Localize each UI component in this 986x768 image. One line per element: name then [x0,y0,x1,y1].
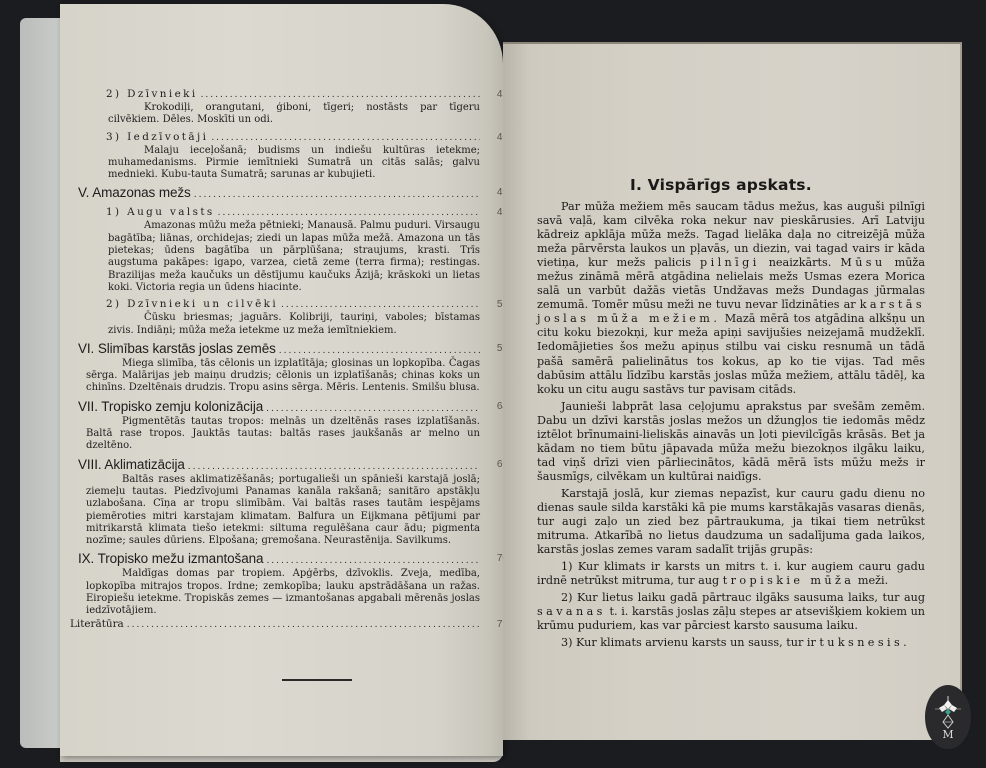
spaced-emphasis: savanas [537,605,606,618]
toc-entry: 77Literātūra............................… [70,618,480,632]
leader-dots: ........................................… [127,619,480,632]
toc-entry-title: V. Amazonas mežs [78,186,194,199]
toc-entry: 562) Dzīvnieki un cilvēki...............… [108,298,480,337]
toc-entry: 491) Augu valsts........................… [108,206,480,294]
toc-entry-description: Krokodiļi, orangutani, ģiboni, tīgeri; n… [108,102,480,127]
chapter-body: Par mūža mežiem mēs saucam tādus mežus, … [537,200,925,653]
toc-entry-description: Čūsku briesmas; jaguārs. Kolibriji, taur… [108,312,480,337]
leader-dots: ........................................… [266,403,480,416]
leader-dots: ........................................… [211,132,480,145]
paragraph-1: Par mūža mežiem mēs saucam tādus mežus, … [537,200,925,397]
spaced-emphasis: tuksnesis. [819,636,910,649]
toc-entry-title: VI. Slimības karstās joslas zemēs [78,342,279,355]
toc-entry-description: Maldīgas domas par tropiem. Apģērbs, dzī… [86,568,480,617]
toc-entry: 412) Dzīvnieki..........................… [108,88,480,127]
toc-entry-title: 2) Dzīvnieki [106,88,201,101]
ornament-logo-icon: M [933,694,963,740]
toc-entry: 66VIII. Aklimatizācija..................… [78,458,480,548]
watermark-logo: M [925,685,971,749]
leader-dots: ........................................… [218,207,480,220]
leader-dots: ........................................… [281,299,480,312]
toc-entry: 463) Iedzīvotāji........................… [108,131,480,182]
paragraph-2: Jaunieši labprāt lasa ceļojumu aprakstus… [537,400,925,484]
toc-entry-title: IX. Tropisko mežu izmantošana [78,552,266,565]
list-item-3: 3) Kur klimats arvienu karsts un sauss, … [537,636,925,650]
toc-entry-title: VII. Tropisko zemju kolonizācija [78,400,266,413]
toc-entry-description: Malaju ieceļošanā; budisms un indiešu ku… [108,145,480,182]
toc-entry-description: Amazonas mūžu meža pētnieki; Manausā. Pa… [108,220,480,294]
spaced-emphasis: tropiskie mūža [723,574,855,587]
toc-entry-description: Miega slimība, tās cēlonis un izplatītāj… [86,358,480,395]
list-item-2: 2) Kur lietus laiku gadā pārtrauc ilgāks… [537,591,925,633]
spaced-emphasis: Mūsu [840,256,885,269]
chapter-title: I. Vispārīgs apskats. [630,176,830,194]
toc-entry-description: Pigmentētās tautas tropos: melnās un dze… [86,416,480,453]
toc-entry: 59VI. Slimības karstās joslas zemēs.....… [78,342,480,395]
toc-entry-title: 1) Augu valsts [106,206,218,219]
table-of-contents: 412) Dzīvnieki..........................… [78,88,480,632]
leader-dots: ........................................… [188,461,480,474]
leader-dots: ........................................… [194,189,480,202]
toc-entry: 49V. Amazonas mežs......................… [78,186,480,202]
toc-entry: 70IX. Tropisko mežu izmantošana.........… [78,552,480,617]
svg-text:M: M [942,728,953,740]
paragraph-3: Karstajā joslā, kur ziemas nepazīst, kur… [537,487,925,557]
leader-dots: ........................................… [279,345,480,358]
leader-dots: ........................................… [201,89,480,102]
spaced-emphasis: pilnīgi [700,256,760,269]
toc-entry-title: 3) Iedzīvotāji [106,131,211,144]
toc-entry-title: VIII. Aklimatizācija [78,458,188,471]
end-rule-divider [282,679,352,681]
leader-dots: ........................................… [266,555,480,568]
toc-entry-title: 2) Dzīvnieki un cilvēki [106,298,281,311]
toc-entry-description: Baltās rases aklimatizēšanās; portugalie… [86,474,480,548]
toc-entry-title: Literātūra [70,618,127,631]
list-item-1: 1) Kur klimats ir karsts un mitrs t. i. … [537,560,925,588]
toc-entry: 64VII. Tropisko zemju kolonizācija......… [78,400,480,453]
